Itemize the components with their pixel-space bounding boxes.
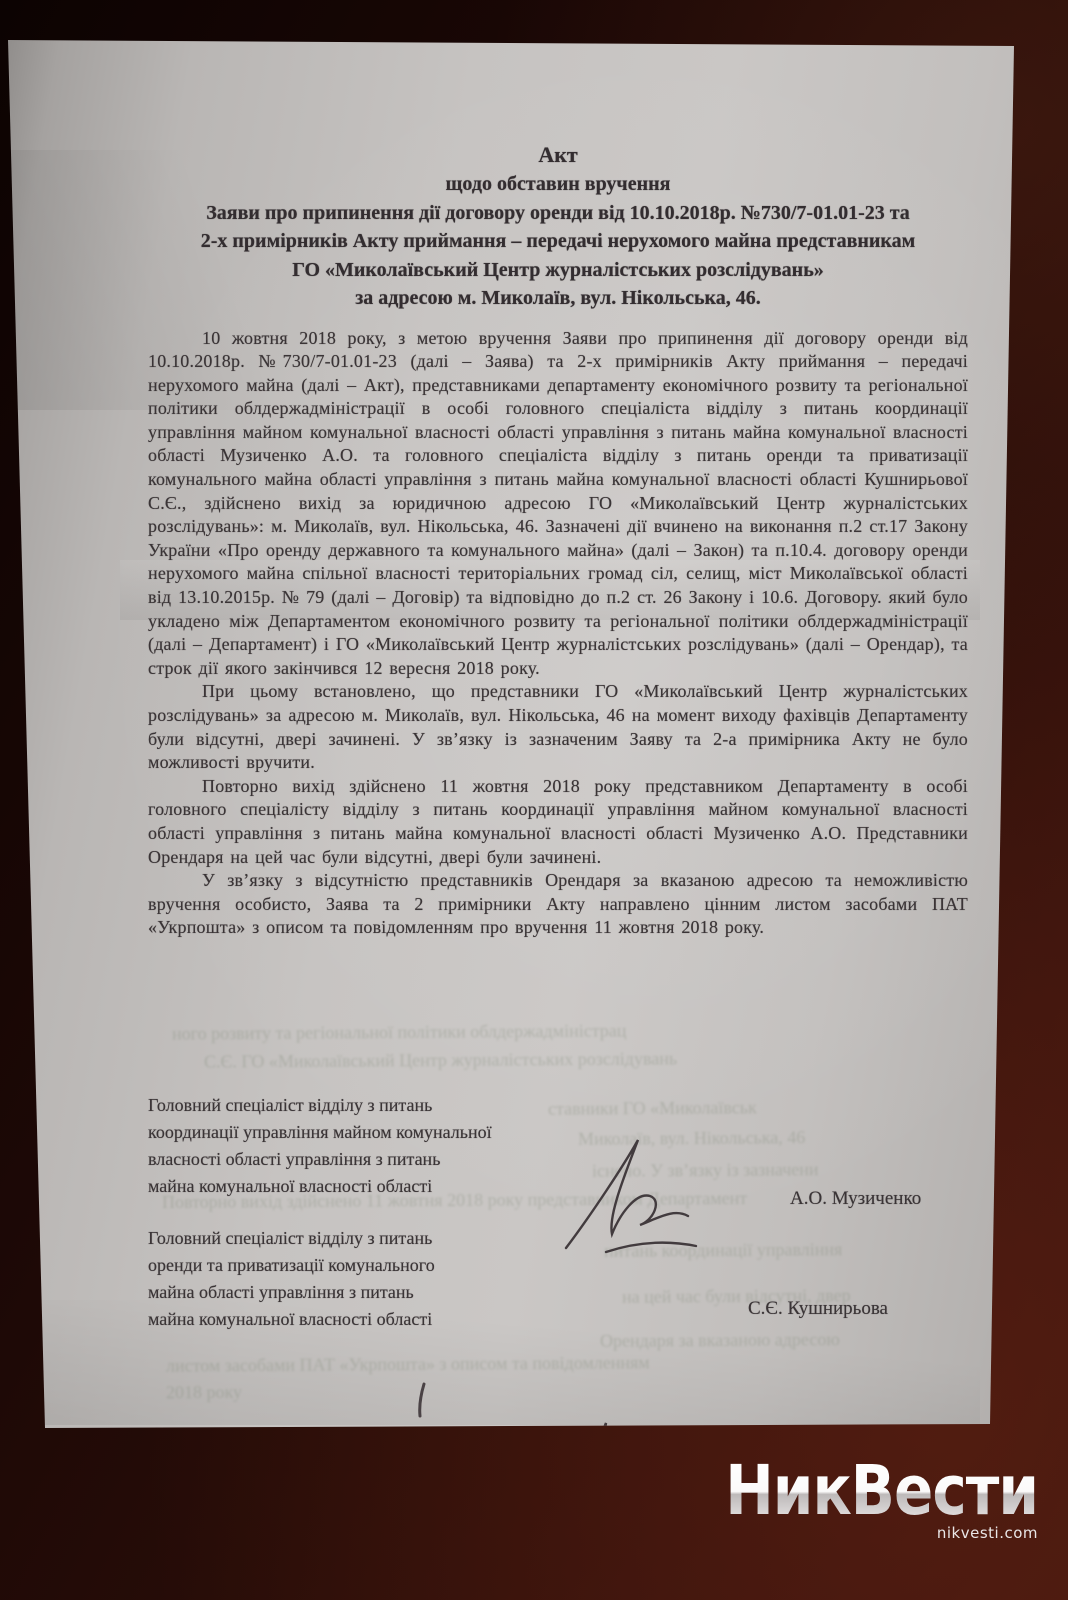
signature-kushnyrova xyxy=(506,1383,696,1503)
bleed-through-text: С.Є. ГО «Миколаївський Центр журналістсь… xyxy=(204,1048,677,1072)
watermark: НикВести nikvesti.com xyxy=(725,1456,1038,1542)
title-line: щодо обставин вручення xyxy=(148,170,968,199)
signatory-name: А.О. Музиченко xyxy=(790,1188,921,1210)
document-text: Акт щодо обставин вручення Заяви про при… xyxy=(148,140,968,940)
position-line: Головний спеціаліст відділу з питань xyxy=(148,1225,628,1252)
document-body: 10 жовтня 2018 року, з метою вручення За… xyxy=(148,327,968,940)
paragraph: 10 жовтня 2018 року, з метою вручення За… xyxy=(148,327,968,681)
signature-area: Головний спеціаліст відділу з питань коо… xyxy=(148,1092,968,1358)
position-line: майна області управління з питань xyxy=(148,1279,628,1306)
paragraph: При цьому встановлено, що представники Г… xyxy=(148,680,968,774)
signatory-position: Головний спеціаліст відділу з питань оре… xyxy=(148,1225,628,1333)
position-line: оренди та приватизації комунального xyxy=(148,1252,628,1279)
document-photo: ного розвиту та регіональної політики об… xyxy=(0,0,1068,1600)
paper-sheet: ного розвиту та регіональної політики об… xyxy=(0,0,1068,1600)
bleed-through-text: 2018 року xyxy=(166,1382,242,1404)
paragraph: Повторно вихід здійснено 11 жовтня 2018 … xyxy=(148,775,968,869)
bleed-through-text: ного розвиту та регіональної політики об… xyxy=(172,1020,627,1044)
pen-mark xyxy=(408,1378,438,1423)
title-line: ГО «Миколаївський Центр журналістських р… xyxy=(148,256,968,285)
signatory-name: С.Є. Кушнирьова xyxy=(748,1298,888,1320)
title-line: за адресою м. Миколаїв, вул. Нікольська,… xyxy=(148,284,968,313)
paragraph: У зв’язку з відсутністю представників Ор… xyxy=(148,869,968,940)
nikvesti-logo: НикВести xyxy=(725,1456,1038,1524)
title-line: 2-х примірників Акту приймання – передач… xyxy=(148,227,968,256)
signatory-block-kushnyrova: Головний спеціаліст відділу з питань оре… xyxy=(148,1225,968,1358)
title-line: Заяви про припинення дії договору оренди… xyxy=(148,199,968,228)
title-line: Акт xyxy=(148,140,968,170)
position-line: майна комунальної власності області xyxy=(148,1306,628,1333)
position-line: Головний спеціаліст відділу з питань xyxy=(148,1092,628,1119)
document-title: Акт щодо обставин вручення Заяви про при… xyxy=(148,140,968,313)
